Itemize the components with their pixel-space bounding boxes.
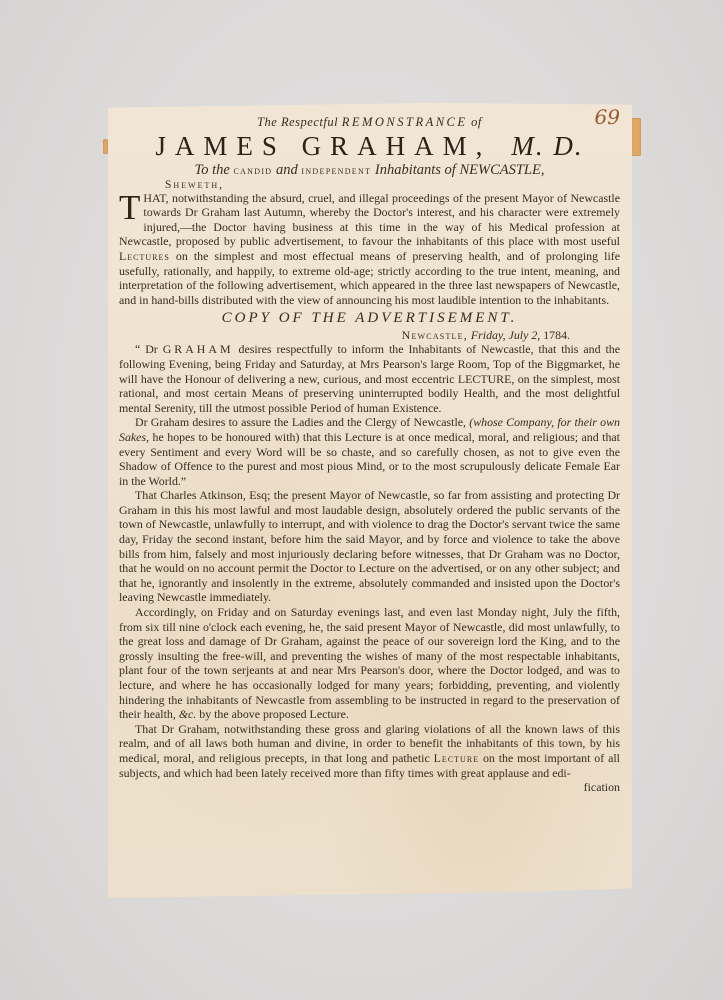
final-lecture: Lecture bbox=[434, 751, 479, 765]
paper-hinge-tab-right bbox=[631, 118, 641, 156]
pre-title-suffix: of bbox=[471, 115, 482, 129]
intro-lectures: Lectures bbox=[119, 249, 170, 263]
pre-title-caps: REMONSTRANCE bbox=[342, 115, 468, 129]
sheweth-heading: Sheweth, bbox=[165, 179, 620, 191]
pre-title: The Respectful REMONSTRANCE of bbox=[119, 115, 620, 130]
address-part: Inhabitants of NEWCASTLE, bbox=[375, 162, 545, 178]
copy-heading: COPY OF THE ADVERTISEMENT. bbox=[119, 310, 620, 327]
intro-text: THAT, notwithstanding the absurd, cruel,… bbox=[119, 191, 620, 249]
advertisement-paragraph-2: Dr Graham desires to assure the Ladies a… bbox=[119, 415, 620, 488]
ad-open: “ Dr bbox=[135, 342, 158, 356]
broadside-sheet: 69 The Respectful REMONSTRANCE of JAMES … bbox=[108, 103, 632, 898]
intro-paragraph: THAT, notwithstanding the absurd, cruel,… bbox=[119, 191, 620, 308]
dateline-place: Newcastle, bbox=[402, 328, 468, 342]
accordingly-text: Accordingly, on Friday and on Saturday e… bbox=[119, 605, 620, 721]
ad-name: GRAHAM bbox=[163, 342, 234, 356]
paper-hinge-tab-left bbox=[103, 139, 108, 154]
accordingly-etc: &c. bbox=[179, 707, 197, 721]
address-part: independent bbox=[301, 163, 371, 177]
document-body: The Respectful REMONSTRANCE of JAMES GRA… bbox=[119, 111, 620, 794]
dateline-year: 1784. bbox=[543, 328, 570, 342]
address-part: To the bbox=[195, 162, 230, 178]
final-paragraph: That Dr Graham, notwithstanding these gr… bbox=[119, 722, 620, 780]
accordingly-paragraph: Accordingly, on Friday and on Saturday e… bbox=[119, 605, 620, 722]
mayor-paragraph: That Charles Atkinson, Esq; the present … bbox=[119, 488, 620, 605]
dateline: Newcastle, Friday, July 2, 1784. bbox=[119, 328, 620, 342]
main-title: JAMES GRAHAM,M. D. bbox=[119, 132, 620, 160]
main-title-name: JAMES GRAHAM, bbox=[155, 131, 491, 161]
pre-title-italic: The Respectful bbox=[257, 115, 338, 129]
intro-text-cont: on the simplest and most effectual means… bbox=[119, 249, 620, 307]
ad2-end: he hopes to be honoured with) that this … bbox=[119, 430, 620, 488]
dateline-date: Friday, July 2, bbox=[471, 328, 540, 342]
catchword: fication bbox=[119, 780, 620, 794]
accordingly-end: by the above proposed Lecture. bbox=[199, 707, 349, 721]
address-part: and bbox=[276, 162, 298, 178]
address-line: To the candid and independent Inhabitant… bbox=[119, 162, 620, 179]
main-title-degree: M. D. bbox=[511, 131, 583, 161]
address-part: candid bbox=[233, 163, 272, 177]
ad2-start: Dr Graham desires to assure the Ladies a… bbox=[135, 415, 466, 429]
advertisement-paragraph-1: “ Dr GRAHAM desires respectfully to info… bbox=[119, 342, 620, 415]
